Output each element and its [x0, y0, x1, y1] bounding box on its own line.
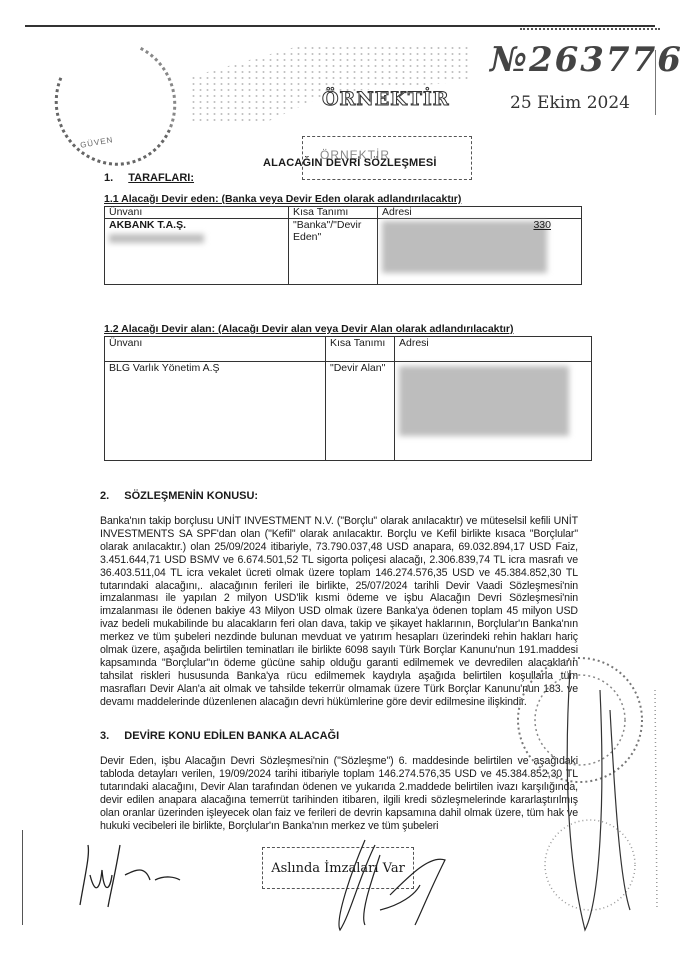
- column-header-short-name: Kısa Tanımı: [326, 337, 395, 362]
- subsection-1-1-heading: 1.1 Alacağı Devir eden: (Banka veya Devi…: [104, 193, 461, 205]
- redacted-text: [109, 234, 204, 243]
- table-row: BLG Varlık Yönetim A.Ş "Devir Alan": [105, 362, 592, 461]
- section-1-heading: 1. TARAFLARI:: [104, 172, 194, 184]
- redacted-address: [382, 221, 547, 273]
- cell-title: AKBANK T.A.Ş.: [105, 219, 289, 285]
- section-title: DEVİRE KONU EDİLEN BANKA ALACAĞI: [124, 730, 339, 742]
- transferee-table: Ünvanı Kısa Tanımı Adresi BLG Varlık Yön…: [104, 336, 592, 461]
- top-rule-dotted: [520, 28, 660, 30]
- column-header-address: Adresi: [395, 337, 592, 362]
- column-header-address: Adresi: [378, 207, 582, 219]
- table-header-row: Ünvanı Kısa Tanımı Adresi: [105, 337, 592, 362]
- cell-address: 330: [378, 219, 582, 285]
- column-header-short-name: Kısa Tanımı: [289, 207, 378, 219]
- section-title: TARAFLARI:: [128, 172, 194, 184]
- top-rule: [25, 25, 655, 27]
- faint-stamp-icon: [190, 45, 470, 125]
- section-3-heading: 3. DEVİRE KONU EDİLEN BANKA ALACAĞI: [100, 730, 339, 742]
- section-number: 2.: [100, 490, 109, 502]
- margin-line: [22, 830, 23, 925]
- address-fragment: 330: [533, 219, 551, 231]
- table-row: AKBANK T.A.Ş. "Banka"/"Devir Eden" 330: [105, 219, 582, 285]
- section-title: SÖZLEŞMENİN KONUSU:: [124, 490, 258, 502]
- column-header-title: Ünvanı: [105, 337, 326, 362]
- redacted-address: [399, 366, 569, 436]
- cell-address: [395, 362, 592, 461]
- round-seal-icon: [37, 23, 194, 183]
- transferee-short-name: "Devir Alan": [326, 362, 395, 461]
- section-2-body: Banka'nın takip borçlusu UNİT INVESTMENT…: [100, 515, 578, 709]
- ornektir-stamp: ÖRNEKTİR: [322, 88, 450, 110]
- table-header-row: Ünvanı Kısa Tanımı Adresi: [105, 207, 582, 219]
- stamp-date: 25 Ekim 2024: [510, 93, 630, 113]
- section-number: 1.: [104, 172, 113, 184]
- transferor-table: Ünvanı Kısa Tanımı Adresi AKBANK T.A.Ş. …: [104, 206, 582, 285]
- subsection-1-2-heading: 1.2 Alacağı Devir alan: (Alacağı Devir a…: [104, 323, 514, 335]
- section-2-heading: 2. SÖZLEŞMENİN KONUSU:: [100, 490, 258, 502]
- signature-left-icon: [60, 835, 210, 910]
- transferor-short-name: "Banka"/"Devir Eden": [289, 219, 378, 285]
- notary-seal-signature-icon: [510, 650, 680, 950]
- signature-middle-icon: [320, 835, 460, 935]
- transferor-name: AKBANK T.A.Ş.: [109, 219, 284, 231]
- section-3-body: Devir Eden, işbu Alacağın Devri Sözleşme…: [100, 755, 578, 832]
- section-number: 3.: [100, 730, 109, 742]
- column-header-title: Ünvanı: [105, 207, 289, 219]
- document-title: ALACAĞIN DEVRİ SÖZLEŞMESİ: [263, 157, 437, 169]
- transferee-name: BLG Varlık Yönetim A.Ş: [105, 362, 326, 461]
- document-number-stamp: №263776: [490, 40, 680, 80]
